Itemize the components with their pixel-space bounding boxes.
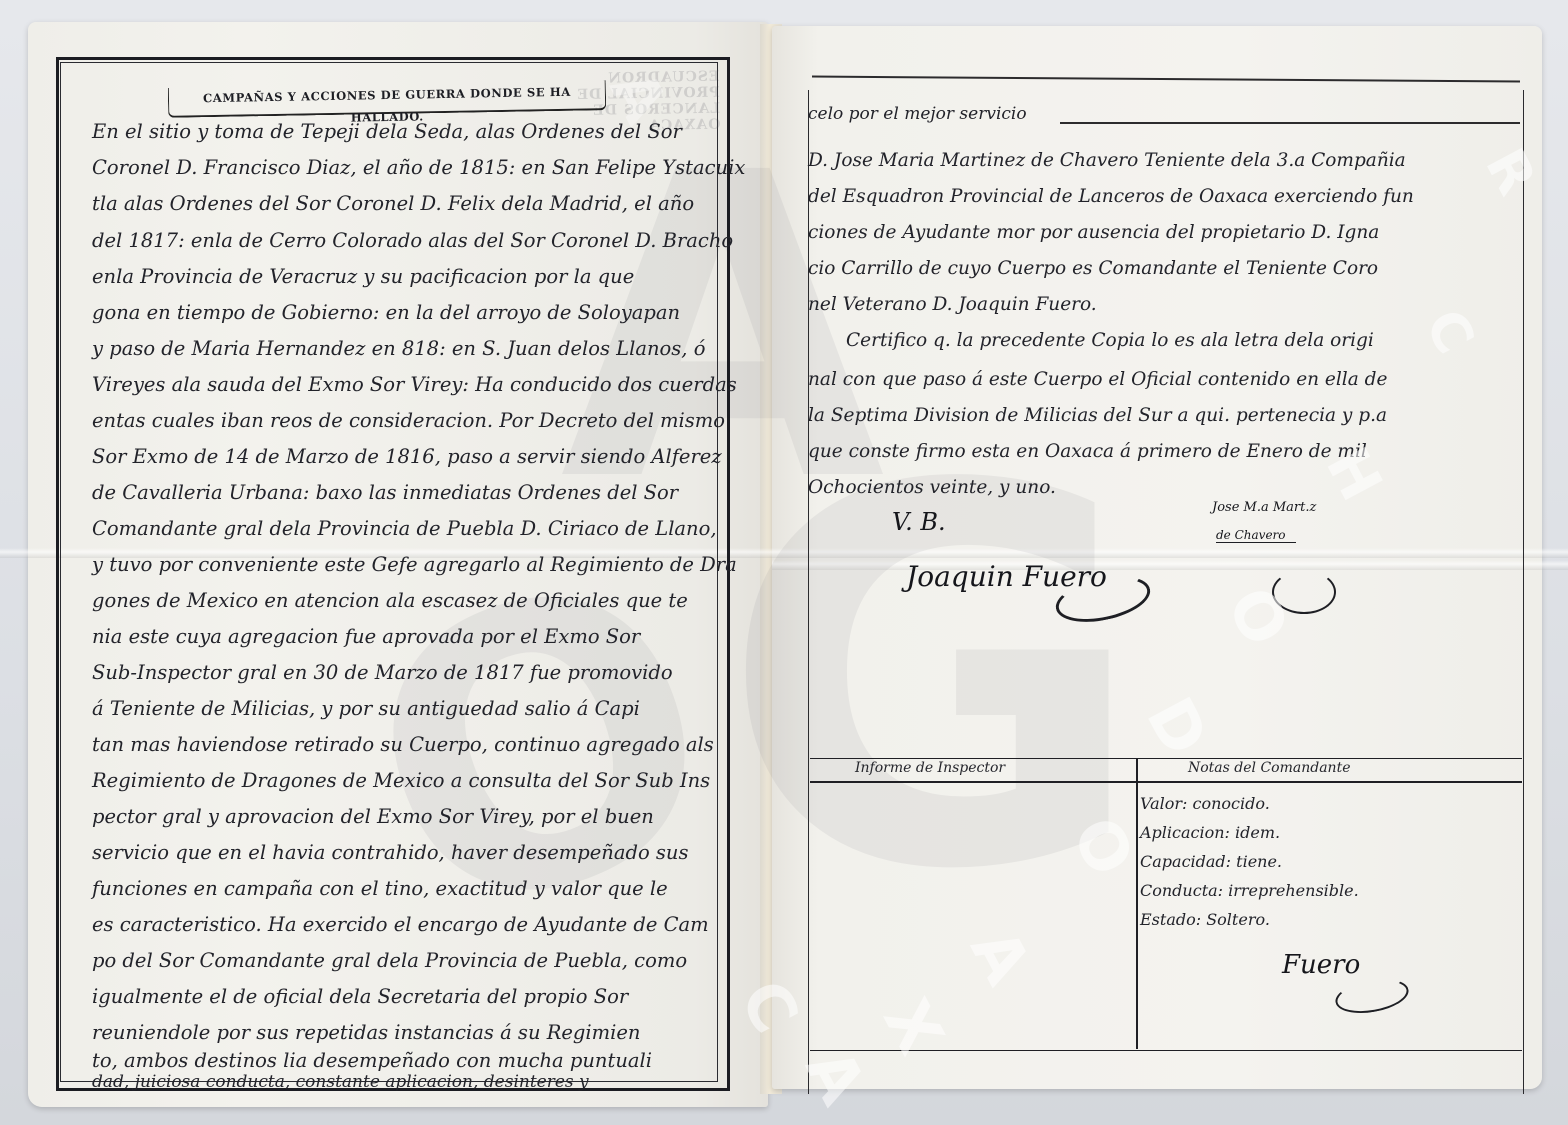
note-conducta: Conducta: irreprehensible. xyxy=(1140,881,1359,900)
text-line: pector gral y aprovacion del Exmo Sor Vi… xyxy=(92,805,654,828)
text-line: Certifico q. la precedente Copia lo es a… xyxy=(846,330,1374,351)
rubric-flourish-icon xyxy=(1272,570,1336,614)
note-capacidad: Capacidad: tiene. xyxy=(1140,852,1282,871)
text-line: que conste firmo esta en Oaxaca á primer… xyxy=(808,441,1367,462)
text-line: tla alas Ordenes del Sor Coronel D. Feli… xyxy=(92,192,694,215)
text-line: nel Veterano D. Joaquin Fuero. xyxy=(808,294,1097,315)
note-valor: Valor: conocido. xyxy=(1140,794,1270,813)
note-aplicacion: Aplicacion: idem. xyxy=(1140,823,1280,842)
text-line: igualmente el de oficial dela Secretaria… xyxy=(92,985,628,1008)
text-line: Coronel D. Francisco Diaz, el año de 181… xyxy=(92,156,745,179)
text-line: Sor Exmo de 14 de Marzo de 1816, paso a … xyxy=(92,445,722,468)
line-filler-rule xyxy=(1060,122,1520,124)
text-line: y tuvo por conveniente este Gefe agregar… xyxy=(92,553,737,576)
text-line: Vireyes ala sauda del Exmo Sor Virey: Ha… xyxy=(92,373,737,396)
text-line: gona en tiempo de Gobierno: en la del ar… xyxy=(92,301,680,324)
text-line: cio Carrillo de cuyo Cuerpo es Comandant… xyxy=(808,258,1378,279)
text-line: funciones en campaña con el tino, exacti… xyxy=(92,877,668,900)
adjutant-signature-line1: Jose M.a Mart.z xyxy=(1212,500,1316,515)
text-line: Regimiento de Dragones de Mexico a consu… xyxy=(92,769,710,792)
text-line: ciones de Ayudante mor por ausencia del … xyxy=(808,222,1379,243)
text-line: reuniendole por sus repetidas instancias… xyxy=(92,1021,640,1044)
text-line: enla Provincia de Veracruz y su pacifica… xyxy=(92,265,634,288)
text-line: á Teniente de Milicias, y por su antigue… xyxy=(92,697,640,720)
text-line: Comandante gral dela Provincia de Puebla… xyxy=(92,517,717,540)
notes-signature: Fuero xyxy=(1282,950,1360,980)
text-line: y paso de Maria Hernandez en 818: en S. … xyxy=(92,337,705,360)
table-column-divider xyxy=(1136,758,1138,1049)
text-line: nal con que paso á este Cuerpo el Oficia… xyxy=(808,369,1387,390)
text-line: dad, juiciosa conducta, constante aplica… xyxy=(92,1072,589,1092)
text-line: es caracteristico. Ha exercido el encarg… xyxy=(92,913,709,936)
table-header-rule xyxy=(810,781,1522,783)
text-line: entas cuales iban reos de consideracion.… xyxy=(92,409,725,432)
col-header-inspector: Informe de Inspector xyxy=(855,760,1005,776)
text-line: servicio que en el havia contrahido, hav… xyxy=(92,841,688,864)
text-line: celo por el mejor servicio xyxy=(808,104,1027,124)
text-line: Ochocientos veinte, y uno. xyxy=(808,477,1056,498)
text-line: tan mas haviendose retirado su Cuerpo, c… xyxy=(92,733,714,756)
text-line: la Septima Division de Milicias del Sur … xyxy=(808,405,1387,426)
note-estado: Estado: Soltero. xyxy=(1140,910,1270,929)
text-line: to, ambos destinos lia desempeñado con m… xyxy=(92,1049,652,1072)
adjutant-signature-line2: de Chavero xyxy=(1216,528,1296,543)
text-line: de Cavalleria Urbana: baxo las inmediata… xyxy=(92,481,678,504)
text-line: Sub-Inspector gral en 30 de Marzo de 181… xyxy=(92,661,673,684)
visto-bueno-mark: V. B. xyxy=(892,508,946,536)
text-line: nia este cuya agregacion fue aprovada po… xyxy=(92,625,640,648)
text-line: po del Sor Comandante gral dela Provinci… xyxy=(92,949,687,972)
text-line: del 1817: enla de Cerro Colorado alas de… xyxy=(92,229,733,252)
col-header-commander-notes: Notas del Comandante xyxy=(1188,760,1350,776)
text-line: D. Jose Maria Martinez de Chavero Tenien… xyxy=(808,150,1406,171)
text-line: del Esquadron Provincial de Lanceros de … xyxy=(808,186,1414,207)
text-line: gones de Mexico en atencion ala escasez … xyxy=(92,589,688,612)
text-line: En el sitio y toma de Tepeji dela Seda, … xyxy=(92,120,682,143)
